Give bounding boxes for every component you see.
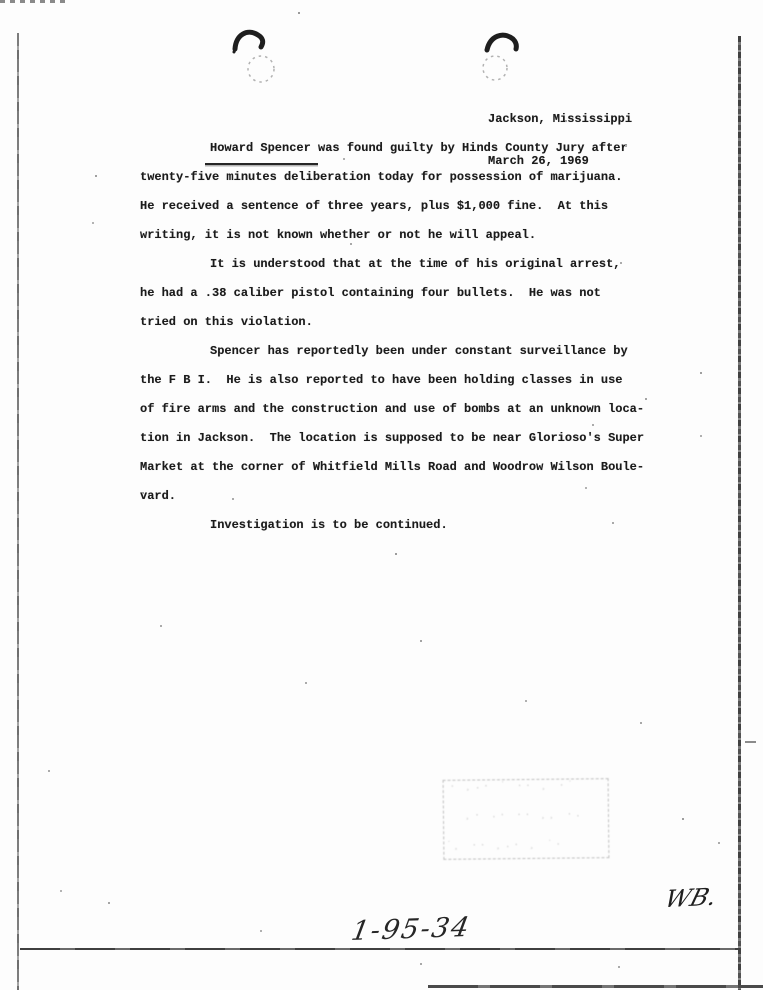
body-line: Investigation is to be continued. — [140, 511, 644, 540]
stamp-illegible-text: ˙¸ ·· ¸.· ¸ ˙· — [446, 840, 564, 851]
scan-noise-specks — [0, 0, 2, 2]
body-line: writing, it is not known whether or not … — [140, 221, 644, 250]
handwritten-initials: WB. — [662, 883, 720, 914]
handwritten-file-number: 1-95-34 — [349, 912, 473, 947]
body-line: Spencer has reportedly been under consta… — [140, 337, 644, 366]
body-line: Market at the corner of Whitfield Mills … — [140, 453, 644, 482]
body-lines: twenty-five minutes deliberation today f… — [140, 163, 644, 540]
body-line-first-rest: was found guilty by Hinds County Jury af… — [318, 141, 628, 155]
body-line: he had a .38 caliber pistol containing f… — [140, 279, 644, 308]
body-line: tried on this violation. — [140, 308, 644, 337]
body-line-first: Howard Spencer was found guilty by Hinds… — [140, 134, 644, 163]
body-line: tion in Jackson. The location is suppose… — [140, 424, 644, 453]
underlined-subject-name: Howard Spencer — [205, 134, 318, 165]
scan-bottom-edge-line — [428, 985, 763, 988]
fastener-mark-icon — [230, 24, 282, 86]
body-line: He received a sentence of three years, p… — [140, 192, 644, 221]
scan-edge-tick — [745, 741, 756, 743]
body-line: It is understood that at the time of his… — [140, 250, 644, 279]
document-body: Howard Spencer was found guilty by Hinds… — [140, 134, 644, 540]
faded-received-stamp: · ¸.· ˙ ·· ¸ ·˙ ¸· .· ·· ¸¸ ·. ˙¸ ·· ¸.·… — [443, 778, 610, 860]
scan-right-torn-edge — [738, 36, 741, 990]
fastener-mark-icon — [478, 28, 526, 86]
body-line: of fire arms and the construction and us… — [140, 395, 644, 424]
body-line: the F B I. He is also reported to have b… — [140, 366, 644, 395]
scan-left-border — [17, 33, 19, 990]
page-bottom-edge-line — [20, 948, 740, 950]
stamp-illegible-text: ¸· .· ·· ¸¸ ·. — [466, 809, 584, 820]
scan-edge-dashes — [0, 0, 66, 3]
dateline-location: Jackson, Mississippi — [488, 112, 632, 126]
scanned-document-page: Jackson, Mississippi March 26, 1969 Howa… — [0, 0, 763, 990]
stamp-illegible-text: · ¸.· ˙ ·· ¸ ·˙ — [450, 780, 576, 791]
body-line: twenty-five minutes deliberation today f… — [140, 163, 644, 192]
body-line: vard. — [140, 482, 644, 511]
